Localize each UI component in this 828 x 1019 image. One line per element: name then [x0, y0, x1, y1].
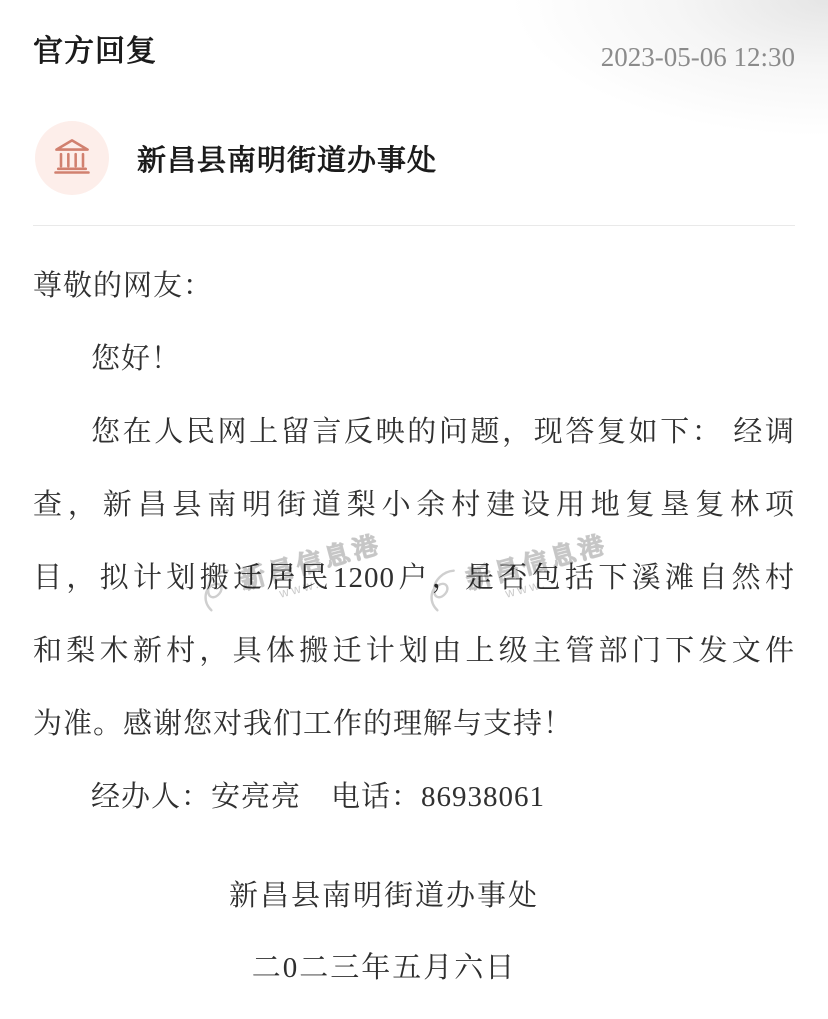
official-reply-page: 官方回复 2023-05-06 12:30 新昌县南明街道办事处 — [0, 0, 828, 1019]
header: 官方回复 2023-05-06 12:30 — [0, 0, 828, 73]
body-line: 和梨木新村，具体搬迁计划由上级主管部门下发文件 — [33, 615, 795, 688]
author-row: 新昌县南明街道办事处 — [35, 121, 795, 195]
body-line: 目，拟计划搬迁居民1200户，是否包括下溪滩自然村 — [33, 542, 795, 615]
signature-date: 二0二三年五月六日 — [0, 932, 798, 1004]
page-title: 官方回复 — [33, 34, 157, 70]
signature: 新昌县南明街道办事处 二0二三年五月六日 — [0, 860, 798, 1004]
avatar — [35, 121, 109, 195]
body-line: 查，新昌县南明街道梨小余村建设用地复垦复林项 — [33, 469, 795, 542]
reply-body: 尊敬的网友： 您好！ 您在人民网上留言反映的问题，现答复如下： 经调 查，新昌县… — [33, 250, 795, 834]
signature-org: 新昌县南明街道办事处 — [0, 860, 798, 932]
body-line: 为准。感谢您对我们工作的理解与支持！ — [33, 688, 795, 761]
salutation-line: 尊敬的网友： — [33, 250, 795, 323]
author-name: 新昌县南明街道办事处 — [137, 138, 437, 179]
bank-icon — [50, 134, 94, 183]
divider — [33, 225, 795, 226]
contact-line: 经办人：安亮亮 电话：86938061 — [33, 761, 795, 834]
body-line: 您在人民网上留言反映的问题，现答复如下： 经调 — [33, 396, 795, 469]
reply-timestamp: 2023-05-06 12:30 — [601, 41, 795, 73]
greeting-line: 您好！ — [33, 323, 795, 396]
